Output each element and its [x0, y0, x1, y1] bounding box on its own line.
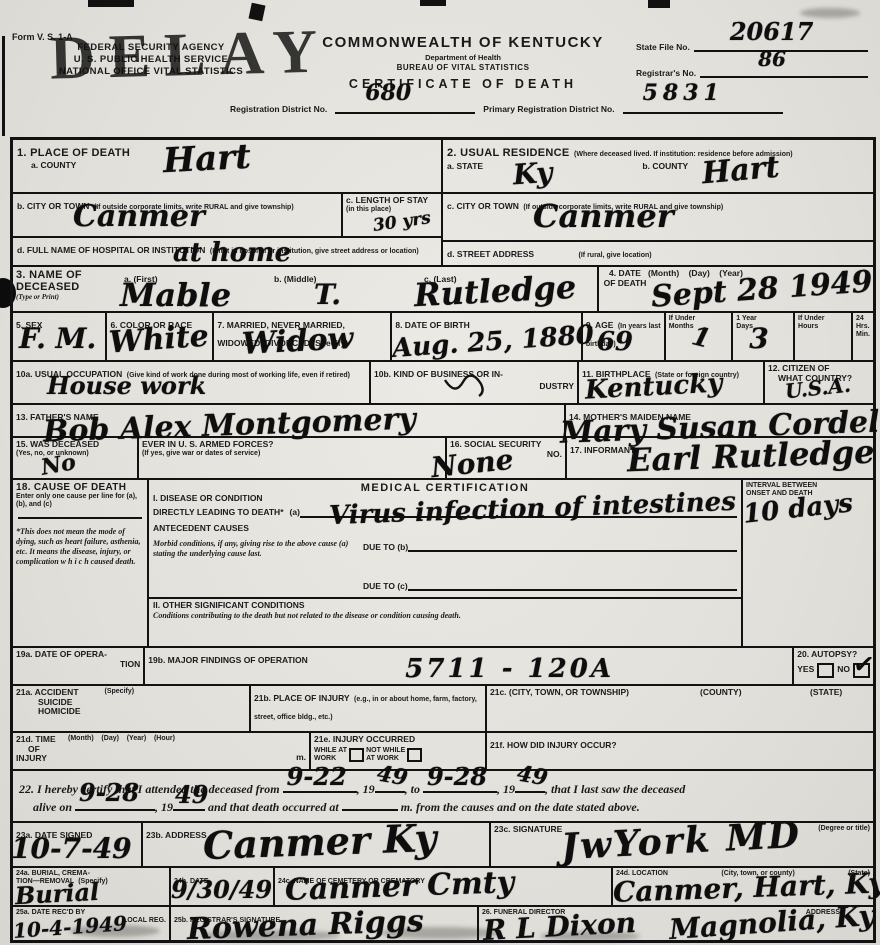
field-how-injury-occurred: 21f. HOW DID INJURY OCCUR?	[485, 733, 873, 769]
registration-district-line: Registration District No. 680 Primary Re…	[230, 100, 870, 114]
age-value: 69	[597, 329, 633, 355]
certify-y2pre: , 19	[497, 782, 515, 796]
field-date-signed: 23a. DATE SIGNED 10-7-49	[13, 823, 141, 866]
reg-district-value: 680	[365, 82, 411, 104]
delay-stamp: DELAY	[49, 16, 332, 94]
section-cause-of-death: 18. CAUSE OF DEATH Enter only one cause …	[13, 480, 147, 646]
burial-date-value: 9/30/49	[171, 878, 272, 902]
field-accident-suicide-homicide: 21a. ACCIDENT (Specify) SUICIDE HOMICIDE	[13, 686, 249, 731]
street-address-label: d. STREET ADDRESS	[447, 249, 534, 259]
injury-county-label: (COUNTY)	[700, 688, 810, 698]
burial-type-value: Burial	[14, 880, 99, 908]
state-file-label: State File No.	[636, 42, 690, 52]
due-to-b-slot	[408, 539, 737, 552]
certify-t7: from the causes and on the date stated a…	[416, 800, 640, 814]
signature-value: JwYork MD	[560, 817, 802, 866]
not-while-label1: NOT WHILE	[366, 747, 405, 755]
section-medical-cert: MEDICAL CERTIFICATION I. DISEASE OR COND…	[147, 480, 741, 646]
registrar-signature-value: Rowena Riggs	[187, 907, 425, 945]
signed-address-value: Canmer Ky	[202, 819, 437, 865]
row-operation-autopsy: 19a. DATE OF OPERA- TION 19b. MAJOR FIND…	[13, 646, 873, 684]
field-date-received: 25a. DATE REC'D BY LOCAL REG. 10-4-1949	[13, 907, 169, 940]
date-received-value: 10-4-1949	[12, 913, 127, 941]
name-title-note: (Type or Print)	[16, 293, 124, 301]
field-date-of-birth: 8. DATE OF BIRTH Aug. 25, 1880	[390, 313, 580, 360]
field-interval: INTERVAL BETWEEN ONSET AND DEATH 10 days	[741, 480, 873, 646]
scan-artifact	[420, 0, 446, 6]
certify-y3-value: 49	[175, 783, 208, 807]
primary-district-value: 5831	[643, 82, 724, 104]
illegible-scrawl	[441, 370, 501, 400]
certify-hour-slot	[342, 797, 398, 811]
issuing-agency-block: Form V. S. 1-A FEDERAL SECURITY AGENCY U…	[12, 32, 290, 91]
field-death-city-row: b. CITY OR TOWN (If outside corporate li…	[13, 192, 441, 236]
marital-value: Widow	[242, 324, 355, 360]
date-signed-value: 10-7-49	[11, 835, 132, 863]
age-min-h1: 24 Hrs.	[856, 315, 870, 331]
field-major-findings: 19b. MAJOR FINDINGS OF OPERATION 5711 - …	[143, 648, 792, 684]
field-age-min: 24 Hrs. Min.	[851, 313, 873, 360]
last-name-value: Rutledge	[413, 271, 577, 311]
field-mother-name: 14. MOTHER'S MAIDEN NAME Mary Susan Cord…	[564, 405, 873, 436]
field-physician-signature: 23c. SIGNATURE (Degree or title) JwYork …	[489, 823, 873, 866]
certify-t6: m.	[401, 800, 413, 814]
time-injury-label: 21d. TIME	[16, 735, 68, 745]
residence-county-value: Hart	[701, 153, 781, 192]
field-cemetery-name: 24c. NAME OF CEMETERY OR CREMATORY Canme…	[273, 868, 611, 905]
cause-title: 18. CAUSE OF DEATH	[16, 482, 144, 493]
section-usual-residence: 2. USUAL RESIDENCE (Where deceased lived…	[441, 140, 873, 265]
certify-y2-value: 49	[515, 763, 549, 790]
reg-district-label: Registration District No.	[230, 104, 327, 114]
certify-y3pre: , 19	[155, 800, 173, 814]
time-injury-m: m.	[68, 753, 306, 763]
length-of-stay-value: 30 yrs	[372, 210, 432, 235]
row-burial: 24a. BURIAL, CREMA- TION—REMOVAL (Specif…	[13, 866, 873, 905]
certify-t4: alive on	[33, 800, 72, 814]
certify-y3-slot: 49	[173, 797, 205, 811]
length-of-stay-label: c. LENGTH OF STAY	[346, 196, 438, 206]
other-conditions-note: Conditions contributing to the death but…	[153, 611, 483, 621]
row-certify-statement: 22. I hereby certify that I attended the…	[13, 769, 873, 821]
field-place-of-injury: 21b. PLACE OF INJURY (e.g., in or about …	[249, 686, 485, 731]
certify-t1: I hereby certify that I attended the dec…	[37, 782, 280, 796]
field-date-of-operation: 19a. DATE OF OPERA- TION	[13, 648, 143, 684]
scan-edge-line	[2, 36, 5, 136]
street-address-note: (If rural, give location)	[579, 252, 652, 259]
certify-no: 22.	[19, 782, 34, 796]
field-signed-address: 23b. ADDRESS Canmer Ky	[141, 823, 489, 866]
row-place-residence: 1. PLACE OF DEATH a. COUNTY Hart b. CITY…	[13, 140, 873, 265]
field-marital-status: 7. MARRIED, NEVER MARRIED, WIDOWED, DIVO…	[212, 313, 390, 360]
time-injury-cols: (Month) (Day) (Year) (Hour)	[68, 735, 306, 743]
primary-district-slot: 5831	[623, 100, 783, 114]
disease-label-2: DIRECTLY LEADING TO DEATH*	[153, 508, 284, 518]
not-while-checkbox	[407, 748, 422, 762]
other-conditions-block: II. OTHER SIGNIFICANT CONDITIONS Conditi…	[149, 597, 741, 623]
death-county-value: Hart	[162, 140, 251, 179]
field-age-hours: If Under Hours	[793, 313, 851, 360]
residence-city-label: c. CITY OR TOWN	[447, 201, 519, 211]
residence-county-label: b. COUNTY	[642, 162, 688, 188]
date-of-death-label: 4. DATE OF DEATH	[602, 269, 648, 288]
accident-note: (Specify)	[105, 688, 135, 698]
major-findings-value: 5711 - 120A	[405, 656, 614, 682]
field-length-of-stay: c. LENGTH OF STAY (in this place) 30 yrs	[343, 194, 441, 236]
armed-forces-note2: (If yes, give war or dates of service)	[142, 450, 442, 458]
autopsy-no-checkbox: ✓	[853, 663, 870, 678]
age-hours-h2: Hours	[798, 323, 848, 331]
field-residence-city: c. CITY OR TOWN (If outside corporate li…	[443, 192, 873, 240]
armed-forces-value: No	[39, 451, 77, 479]
name-title: 3. NAME OF DECEASED	[16, 269, 124, 293]
homicide-label: HOMICIDE	[38, 707, 246, 717]
major-findings-label: 19b. MAJOR FINDINGS OF OPERATION	[148, 655, 307, 665]
divider	[18, 517, 142, 519]
commonwealth-title: COMMONWEALTH OF KENTUCKY	[290, 34, 636, 51]
certify-to-value: 9-28	[427, 765, 487, 789]
sex-value: F. M.	[19, 325, 96, 353]
certify-from-slot: 9-22	[283, 779, 357, 793]
row-medical-certification: 18. CAUSE OF DEATH Enter only one cause …	[13, 478, 873, 646]
field-occupation: 10a. USUAL OCCUPATION (Give kind of work…	[13, 362, 369, 403]
morbid-note: Morbid conditions, if any, giving rise t…	[153, 539, 353, 591]
field-birthplace: 11. BIRTHPLACE (State or foreign country…	[577, 362, 763, 403]
certify-to-slot: 9-28	[423, 779, 497, 793]
age-min-h2: Min.	[856, 331, 870, 339]
field-age-days: 1 Year Days 3	[731, 313, 793, 360]
disease-a-prefix: (a)	[290, 508, 300, 518]
row-signed: 23a. DATE SIGNED 10-7-49 23b. ADDRESS Ca…	[13, 821, 873, 866]
department-line: Department of Health	[290, 53, 636, 62]
row-name-dateofdeath: 3. NAME OF DECEASED (Type or Print) a. (…	[13, 265, 873, 311]
certificate-title: CERTIFICATE OF DEATH	[290, 77, 636, 91]
cause-note: Enter only one cause per line for (a), (…	[16, 493, 144, 509]
certify-t5: and that death occurred at	[208, 800, 339, 814]
certificate-header: Form V. S. 1-A FEDERAL SECURITY AGENCY U…	[12, 32, 868, 91]
row-occupation-birthplace: 10a. USUAL OCCUPATION (Give kind of work…	[13, 360, 873, 403]
due-to-c-label: DUE TO (c)	[363, 582, 408, 592]
section-name-of-deceased: 3. NAME OF DECEASED (Type or Print) a. (…	[13, 267, 597, 311]
field-citizen-of: 12. CITIZEN OF WHAT COUNTRY? U.S.A.	[763, 362, 873, 403]
row-parents: 13. FATHER'S NAME Bob Alex Montgomery 14…	[13, 403, 873, 436]
certify-alive-value: 9-28	[79, 781, 139, 805]
state-file-line: State File No. 20617	[636, 36, 868, 52]
color-race-value: White	[109, 322, 211, 359]
injury-occurred-label: 21e. INJURY OCCURRED	[314, 735, 482, 745]
age-days-value: 3	[749, 325, 768, 353]
section-date-of-death: 4. DATE OF DEATH (Month) (Day) (Year) Se…	[597, 267, 873, 311]
middle-name-value: T.	[314, 281, 341, 309]
section-place-of-death: 1. PLACE OF DEATH a. COUNTY Hart b. CITY…	[13, 140, 441, 265]
injury-city-label: 21c. (CITY, TOWN, OR TOWNSHIP)	[490, 688, 700, 698]
degree-title-note: (Degree or title)	[818, 825, 870, 835]
funeral-director-value: R L Dixon	[482, 909, 636, 945]
field-funeral-director: 26. FUNERAL DIRECTOR ADDRESS R L Dixon M…	[477, 907, 873, 940]
middle-name-label: b. (Middle)	[274, 274, 317, 284]
primary-district-label: Primary Registration District No.	[483, 104, 614, 114]
certify-y1-slot: 49	[375, 779, 405, 793]
citizen-value: U.S.A.	[784, 375, 851, 402]
registrar-no-slot: 86	[700, 62, 868, 78]
ssn-value: None	[430, 446, 515, 482]
scan-artifact	[648, 0, 670, 8]
operation-date-label2: TION	[16, 660, 140, 670]
title-block: COMMONWEALTH OF KENTUCKY Department of H…	[290, 32, 636, 91]
scan-artifact	[88, 0, 134, 7]
time-injury-label3: INJURY	[16, 754, 68, 764]
due-to-c-slot	[408, 578, 737, 591]
informant-value: Earl Rutledge	[627, 436, 876, 477]
autopsy-no-label: NO	[837, 665, 850, 675]
residence-state-value: Ky	[512, 159, 553, 190]
while-at-work-checkbox	[349, 748, 364, 762]
residence-city-value: Canmer	[533, 200, 674, 232]
row-accident-place: 21a. ACCIDENT (Specify) SUICIDE HOMICIDE…	[13, 684, 873, 731]
occupation-value: House work	[47, 374, 206, 398]
birthplace-value: Kentucky	[584, 370, 723, 403]
certify-y2-slot: 49	[515, 779, 545, 793]
certify-t2: , to	[405, 782, 420, 796]
age-hours-h1: If Under	[798, 315, 848, 323]
autopsy-yes-checkbox	[817, 663, 834, 678]
field-time-of-injury: 21d. TIME OF INJURY (Month) (Day) (Year)…	[13, 733, 309, 769]
residence-state-label: a. STATE	[447, 162, 483, 188]
place-of-death-title: 1. PLACE OF DEATH	[17, 147, 130, 159]
death-certificate-scan: { "h": { "form_no": "Form V. S. 1-A", "a…	[0, 0, 880, 945]
field-color-race: 6. COLOR OR RACE White	[105, 313, 212, 360]
cemetery-value: Canmer Cmty	[285, 868, 515, 906]
first-name-value: Mable	[120, 279, 231, 311]
signature-label: 23c. SIGNATURE	[494, 825, 562, 835]
field-burial-date: 24b. DATE 9/30/49	[169, 868, 273, 905]
how-injury-label: 21f. HOW DID INJURY OCCUR?	[490, 740, 617, 750]
row-registrar: 25a. DATE REC'D BY LOCAL REG. 10-4-1949 …	[13, 905, 873, 940]
reg-district-slot: 680	[335, 100, 475, 114]
registrar-no-label: Registrar's No.	[636, 68, 696, 78]
cause-footnote: *This does not mean the mode of dying, s…	[16, 527, 144, 567]
field-sex: 5. SEX F. M.	[13, 313, 105, 360]
certify-from-value: 9-22	[287, 765, 347, 789]
field-age-months: If Under Months 1	[664, 313, 732, 360]
certify-y1pre: , 19	[357, 782, 375, 796]
field-death-county: 1. PLACE OF DEATH a. COUNTY Hart	[13, 140, 441, 192]
field-injury-city-county-state: 21c. (CITY, TOWN, OR TOWNSHIP) (COUNTY) …	[485, 686, 873, 731]
place-of-injury-label: 21b. PLACE OF INJURY	[254, 693, 350, 703]
field-autopsy: 20. AUTOPSY? YES NO ✓	[792, 648, 873, 684]
death-city-value: Canmer	[73, 202, 205, 232]
other-conditions-label: II. OTHER SIGNIFICANT CONDITIONS	[153, 601, 737, 611]
field-father-name: 13. FATHER'S NAME Bob Alex Montgomery	[13, 405, 564, 436]
autopsy-yes-label: YES	[797, 665, 814, 675]
registrar-no-line: Registrar's No. 86	[636, 62, 868, 78]
certify-statement: 22. I hereby certify that I attended the…	[13, 771, 873, 821]
field-residence-state-county: 2. USUAL RESIDENCE (Where deceased lived…	[443, 140, 873, 192]
field-burial-type: 24a. BURIAL, CREMA- TION—REMOVAL (Specif…	[13, 868, 169, 905]
certify-alive-slot: 9-28	[75, 797, 155, 811]
usual-residence-title: 2. USUAL RESIDENCE	[447, 147, 570, 159]
registrar-no-value: 86	[758, 49, 786, 69]
autopsy-no-checkmark: ✓	[851, 647, 877, 681]
hospital-value: at home	[173, 240, 291, 266]
bureau-line: BUREAU OF VITAL STATISTICS	[290, 63, 636, 72]
field-death-city: b. CITY OR TOWN (If outside corporate li…	[13, 194, 343, 236]
row-sex-race-age: 5. SEX F. M. 6. COLOR OR RACE White 7. M…	[13, 311, 873, 360]
field-cemetery-location: 24d. LOCATION (City, town, or county) (S…	[611, 868, 873, 905]
field-registrar-signature: 25b. REGISTRAR'S SIGNATURE Rowena Riggs	[169, 907, 477, 940]
state-file-value: 20617	[730, 20, 814, 44]
field-business-industry: 10b. KIND OF BUSINESS OR IN- DUSTRY	[369, 362, 577, 403]
due-to-b-label: DUE TO (b)	[363, 543, 408, 553]
while-at-work-label1: WHILE AT	[314, 747, 347, 755]
certify-y1-value: 49	[375, 763, 409, 790]
interval-label-1: INTERVAL BETWEEN	[746, 482, 870, 490]
signed-address-label: 23b. ADDRESS	[146, 830, 207, 840]
injury-state-label: (STATE)	[810, 688, 842, 698]
field-ssn: 16. SOCIAL SECURITY NO. None	[445, 438, 565, 478]
armed-forces-note: (Yes, no, or unknown)	[16, 450, 134, 458]
certificate-form: 1. PLACE OF DEATH a. COUNTY Hart b. CITY…	[10, 137, 876, 943]
certify-t3: , that I last saw the deceased	[545, 782, 685, 796]
